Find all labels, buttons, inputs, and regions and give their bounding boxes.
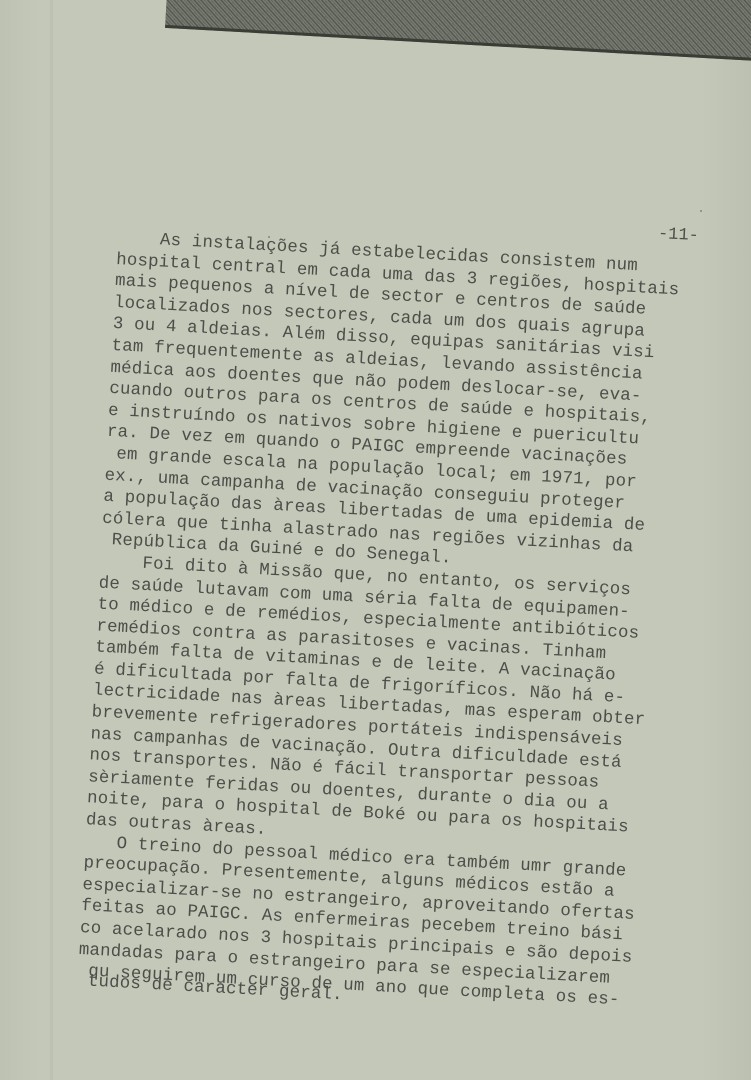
scanned-page: -11- As instalações já estabelecidas con…: [0, 0, 751, 1080]
paper-speck: [420, 28, 422, 30]
page-number: -11-: [658, 225, 700, 246]
document-body: As instalações já estabelecidas consiste…: [77, 228, 751, 1027]
paper-speck: [700, 210, 702, 212]
scan-edge-strip: [165, 0, 751, 67]
page-fold-shadow: [50, 0, 53, 1080]
